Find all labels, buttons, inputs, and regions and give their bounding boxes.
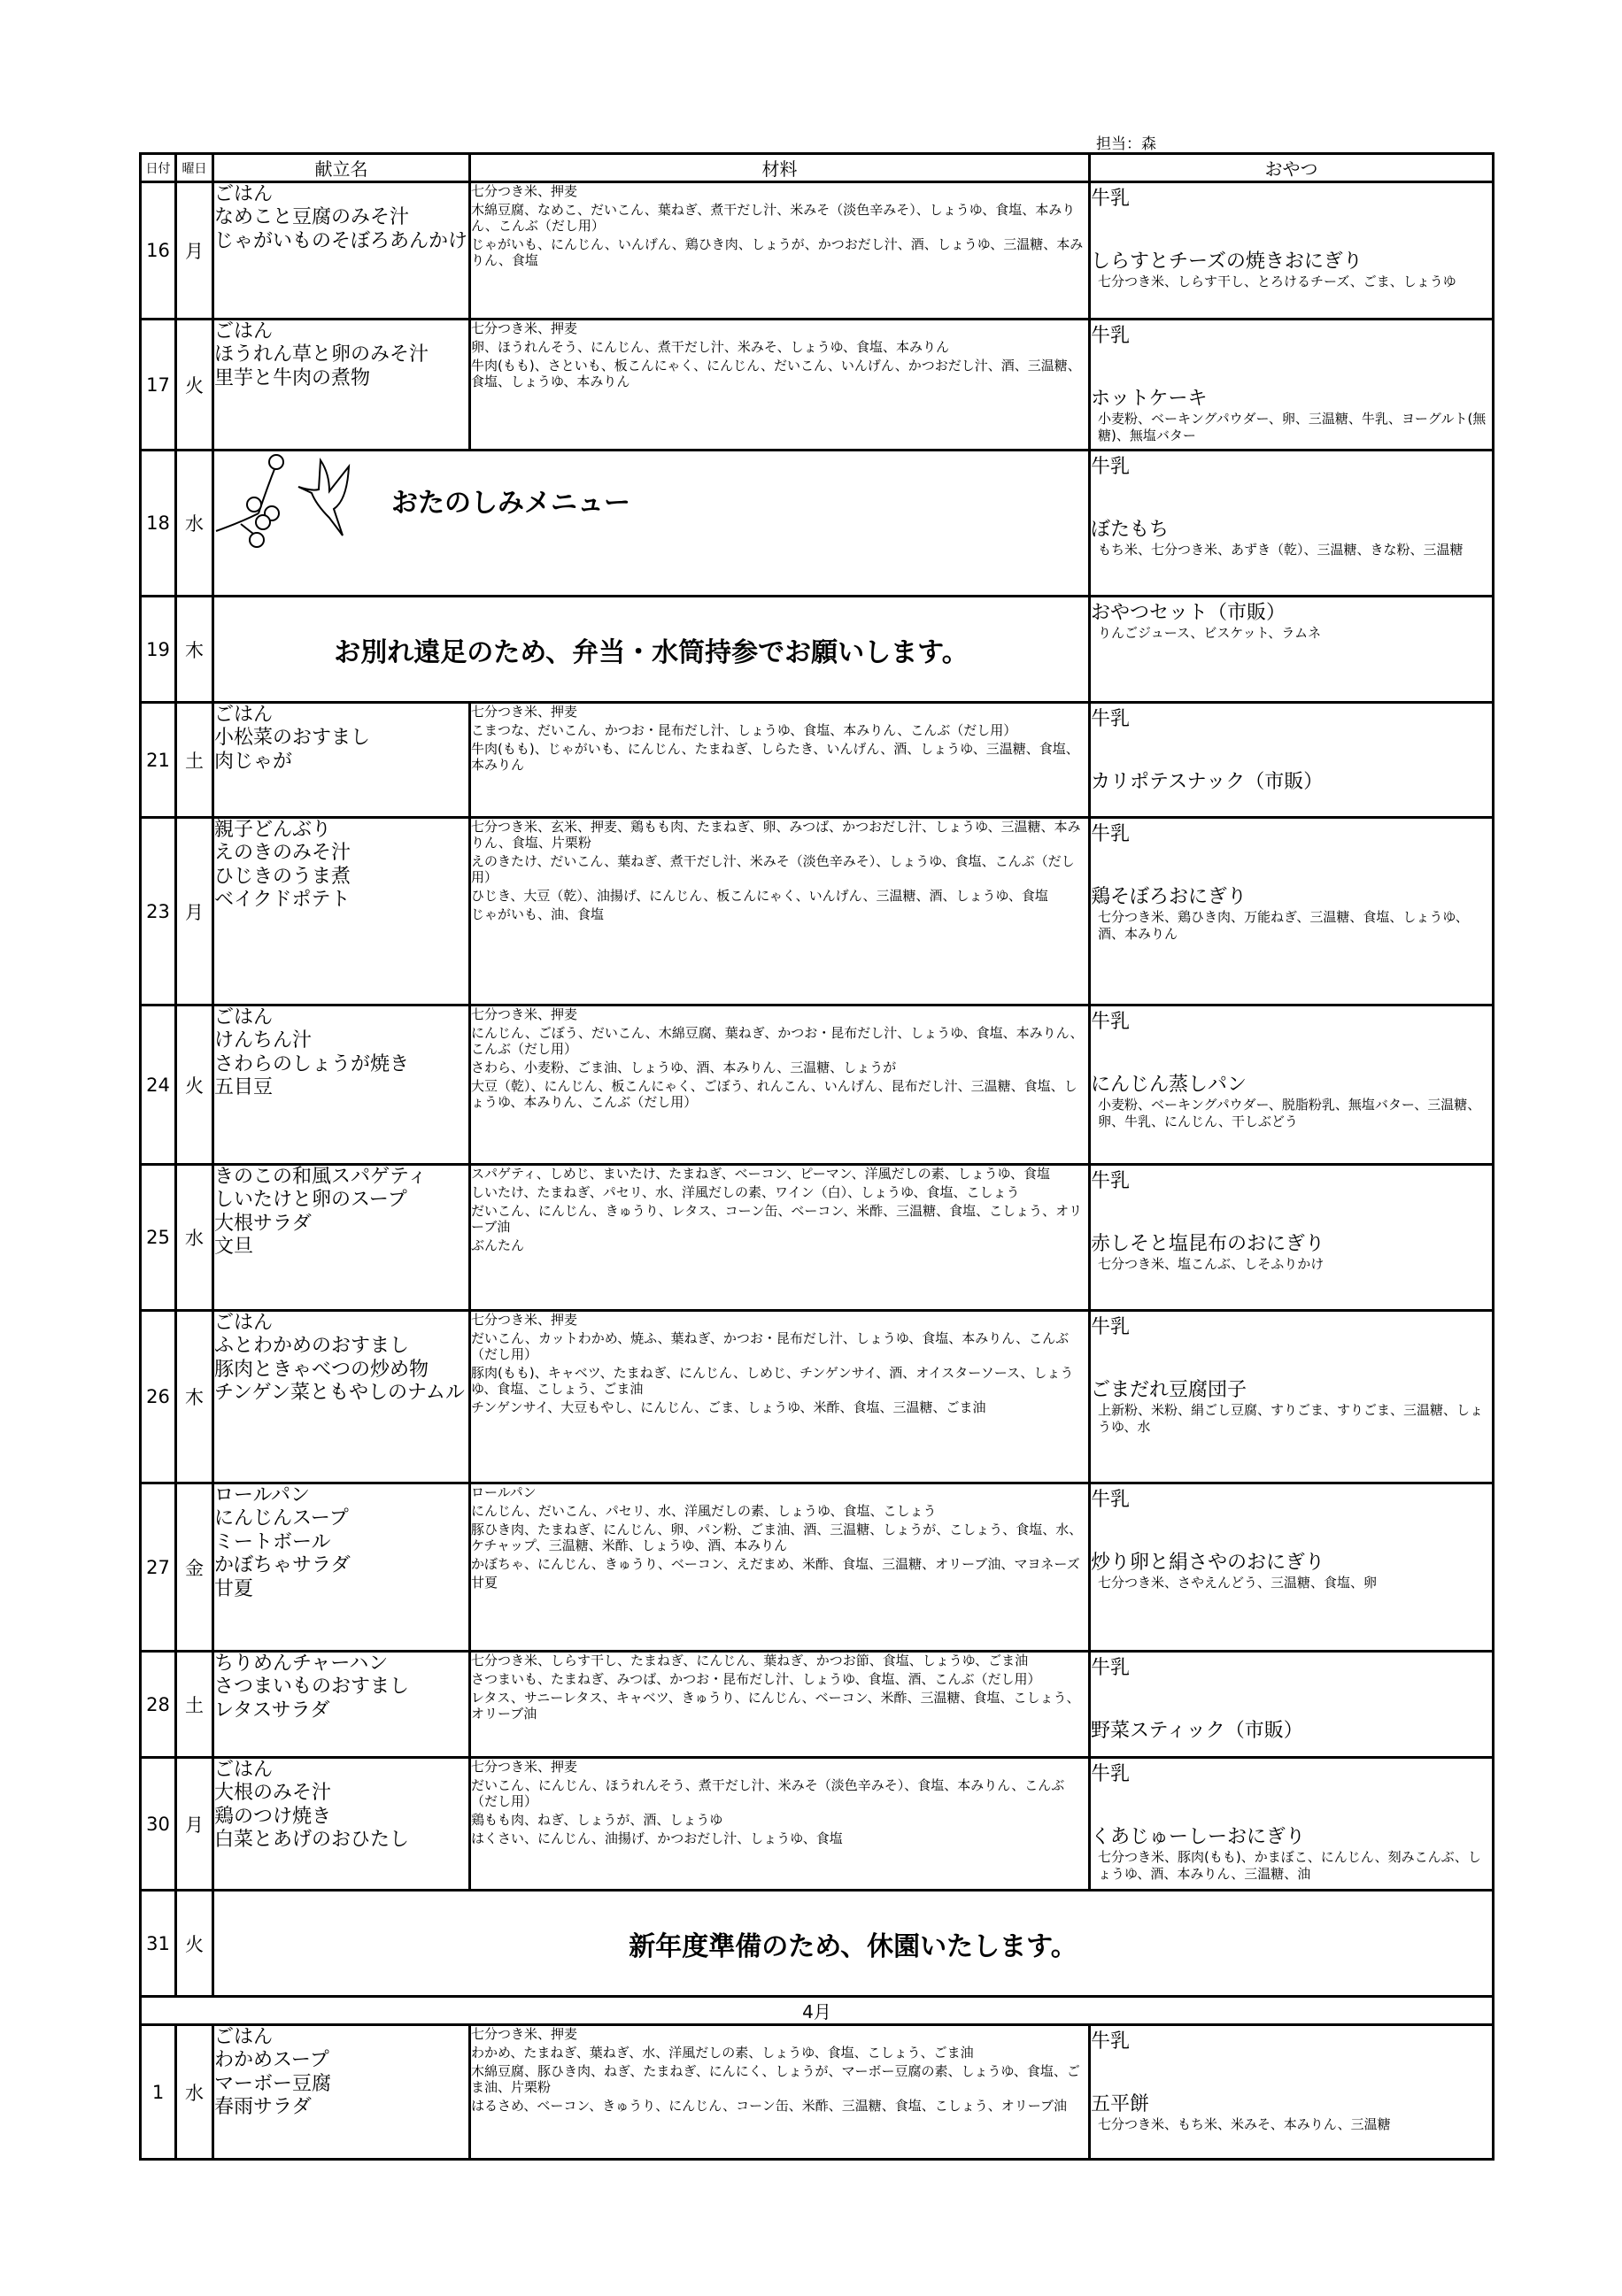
dish-name: かぼちゃサラダ [214, 1554, 468, 1577]
ingredient-line: 木綿豆腐、なめこ、だいこん、葉ねぎ、煮干だし汁、米みそ（淡色辛みそ）、しょうゆ、… [471, 202, 1088, 234]
dish-name: さわらのしょうが焼き [214, 1053, 468, 1076]
dow-cell: 月 [176, 818, 213, 1005]
dow-cell: 水 [176, 1165, 213, 1311]
date-cell: 30 [141, 1758, 176, 1891]
snack-name: ごまだれ豆腐団子 [1091, 1375, 1492, 1402]
date-cell: 23 [141, 818, 176, 1005]
dish-name: 大根のみそ汁 [214, 1782, 468, 1805]
ingredient-line: 甘夏 [471, 1575, 1088, 1591]
dish-name: けんちん汁 [214, 1029, 468, 1052]
dish-cell: ごはんけんちん汁さわらのしょうが焼き五目豆 [213, 1005, 470, 1165]
date-cell: 24 [141, 1005, 176, 1165]
ingredient-line: 鶏もも肉、ねぎ、しょうが、酒、しょうゆ [471, 1812, 1088, 1828]
dish-name: 親子どんぶり [214, 819, 468, 842]
snack-cell: 牛乳野菜スティック（市販） [1090, 1652, 1494, 1758]
fun-menu-title: おたのしみメニュー [391, 481, 630, 520]
table-row: 31火新年度準備のため、休園いたします。 [141, 1891, 1494, 1997]
ingredient-line: 豚肉(もも)、キャベツ、たまねぎ、にんじん、しめじ、チンゲンサイ、酒、オイスター… [471, 1365, 1088, 1397]
dish-name: マーボー豆腐 [214, 2073, 468, 2096]
dish-name: ロールパン [214, 1484, 468, 1507]
dish-name: しいたけと卵のスープ [214, 1189, 468, 1212]
ingredient-line: しいたけ、たまねぎ、パセリ、水、洋風だしの素、ワイン（白）、しょうゆ、食塩、こし… [471, 1184, 1088, 1200]
table-row: 18水おたのしみメニュー牛乳ぼたもちもち米、七分つき米、あずき（乾）、三温糖、き… [141, 451, 1494, 597]
ingredient-line: わかめ、たまねぎ、葉ねぎ、水、洋風だしの素、しょうゆ、食塩、こしょう、ごま油 [471, 2045, 1088, 2061]
ingredient-line: 七分つき米、押麦 [471, 704, 1088, 720]
snack-cell: おやつセット（市販）りんごジュース、ビスケット、ラムネ [1090, 597, 1494, 703]
ingredient-line: ロールパン [471, 1484, 1088, 1500]
dow-cell: 水 [176, 451, 213, 597]
snack-name: 鶏そぼろおにぎり [1091, 882, 1492, 909]
ingredients-cell: 七分つき米、玄米、押麦、鶏もも肉、たまねぎ、卵、みつば、かつおだし汁、しょうゆ、… [470, 818, 1090, 1005]
dish-cell: 親子どんぶりえのきのみそ汁ひじきのうま煮ベイクドポテト [213, 818, 470, 1005]
dish-name: 文旦 [214, 1236, 468, 1259]
dow-cell: 木 [176, 597, 213, 703]
snack-ingredients: 七分つき米、さやえんどう、三温糖、食塩、卵 [1091, 1575, 1492, 1591]
dish-name: チンゲン菜ともやしのナムル [214, 1382, 468, 1405]
ingredient-line: だいこん、にんじん、ほうれんそう、煮干だし汁、米みそ（淡色辛みそ）、食塩、本みり… [471, 1777, 1088, 1809]
ingredient-line: 七分つき米、押麦 [471, 1006, 1088, 1022]
snack-ingredients: 七分つき米、鶏ひき肉、万能ねぎ、三温糖、食塩、しょうゆ、酒、本みりん [1091, 909, 1492, 943]
ingredient-line: だいこん、カットわかめ、焼ふ、葉ねぎ、かつお・昆布だし汁、しょうゆ、食塩、本みり… [471, 1330, 1088, 1362]
table-row: 16月ごはんなめこと豆腐のみそ汁じゃがいものそぼろあんかけ七分つき米、押麦木綿豆… [141, 182, 1494, 320]
snack-drink: 牛乳 [1091, 320, 1492, 348]
ingredient-line: さわら、小麦粉、ごま油、しょうゆ、酒、本みりん、三温糖、しょうが [471, 1059, 1088, 1075]
table-row: 23月親子どんぶりえのきのみそ汁ひじきのうま煮ベイクドポテト七分つき米、玄米、押… [141, 818, 1494, 1005]
ingredient-line: だいこん、にんじん、きゅうり、レタス、コーン缶、ベーコン、米酢、三温糖、食塩、こ… [471, 1203, 1088, 1235]
snack-ingredients: もち米、七分つき米、あずき（乾）、三温糖、きな粉、三温糖 [1091, 542, 1492, 559]
ingredient-line: はるさめ、ベーコン、きゅうり、にんじん、コーン缶、米酢、三温糖、食塩、こしょう、… [471, 2098, 1088, 2114]
dow-cell: 木 [176, 1311, 213, 1483]
snack-name: にんじん蒸しパン [1091, 1069, 1492, 1097]
ingredients-cell: ロールパンにんじん、だいこん、パセリ、水、洋風だしの素、しょうゆ、食塩、こしょう… [470, 1483, 1090, 1652]
dow-cell: 金 [176, 1483, 213, 1652]
dish-name: ごはん [214, 704, 468, 727]
dish-cell: ごはんなめこと豆腐のみそ汁じゃがいものそぼろあんかけ [213, 182, 470, 320]
snack-cell: 牛乳鶏そぼろおにぎり七分つき米、鶏ひき肉、万能ねぎ、三温糖、食塩、しょうゆ、酒、… [1090, 818, 1494, 1005]
ingredient-line: レタス、サニーレタス、キャベツ、きゅうり、にんじん、ベーコン、米酢、三温糖、食塩… [471, 1690, 1088, 1722]
dish-name: 甘夏 [214, 1578, 468, 1601]
ingredient-line: にんじん、ごぼう、だいこん、木綿豆腐、葉ねぎ、かつお・昆布だし汁、しょうゆ、食塩… [471, 1025, 1088, 1057]
snack-drink: 牛乳 [1091, 1006, 1492, 1034]
snack-cell: 牛乳にんじん蒸しパン小麦粉、ベーキングパウダー、脱脂粉乳、無塩バター、三温糖、卵… [1090, 1005, 1494, 1165]
dish-cell: ごはんほうれん草と卵のみそ汁里芋と牛肉の煮物 [213, 320, 470, 451]
ingredient-line: 七分つき米、押麦 [471, 2026, 1088, 2042]
notice-cell: お別れ遠足のため、弁当・水筒持参でお願いします。 [213, 597, 1090, 703]
ingredients-cell: 七分つき米、しらす干し、たまねぎ、にんじん、葉ねぎ、かつお節、食塩、しょうゆ、ご… [470, 1652, 1090, 1758]
dish-name: きのこの和風スパゲティ [214, 1166, 468, 1189]
header-snack: おやつ [1090, 154, 1494, 182]
dish-name: 肉じゃが [214, 751, 468, 774]
dish-name: 春雨サラダ [214, 2096, 468, 2119]
snack-name: 赤しそと塩昆布のおにぎり [1091, 1229, 1492, 1256]
date-cell: 27 [141, 1483, 176, 1652]
dish-name: レタスサラダ [214, 1699, 468, 1722]
ingredient-line: えのきたけ、だいこん、葉ねぎ、煮干だし汁、米みそ（淡色辛みそ）、しょうゆ、食塩、… [471, 853, 1088, 885]
header-dish: 献立名 [213, 154, 470, 182]
dish-name: 豚肉ときゃべつの炒め物 [214, 1359, 468, 1382]
snack-drink: 牛乳 [1091, 183, 1492, 211]
staff-label: 担当：森 [1096, 131, 1156, 153]
ingredient-line: 七分つき米、押麦 [471, 1312, 1088, 1328]
dove-icon [294, 456, 356, 544]
snack-ingredients: 七分つき米、塩こんぶ、しそふりかけ [1091, 1256, 1492, 1273]
month-divider-row: 4月 [141, 1997, 1494, 2025]
dish-name: じゃがいものそぼろあんかけ [214, 230, 468, 253]
snack-drink: 牛乳 [1091, 819, 1492, 846]
dish-cell: ごはん小松菜のおすまし肉じゃが [213, 703, 470, 818]
ingredient-line: じゃがいも、油、食塩 [471, 906, 1088, 922]
date-cell: 31 [141, 1891, 176, 1997]
snack-ingredients: 小麦粉、ベーキングパウダー、卵、三温糖、牛乳、ヨーグルト(無糖)、無塩バター [1091, 411, 1492, 444]
cherry-blossom-icon [214, 451, 294, 549]
dish-name: わかめスープ [214, 2049, 468, 2072]
snack-name: ホットケーキ [1091, 383, 1492, 411]
menu-body: 16月ごはんなめこと豆腐のみそ汁じゃがいものそぼろあんかけ七分つき米、押麦木綿豆… [141, 182, 1494, 2160]
dow-cell: 火 [176, 1891, 213, 1997]
dish-name: 小松菜のおすまし [214, 727, 468, 750]
dish-name: 鶏のつけ焼き [214, 1806, 468, 1829]
header-dow: 曜日 [176, 154, 213, 182]
ingredient-line: 七分つき米、しらす干し、たまねぎ、にんじん、葉ねぎ、かつお節、食塩、しょうゆ、ご… [471, 1653, 1088, 1668]
table-row: 1水ごはんわかめスープマーボー豆腐春雨サラダ七分つき米、押麦わかめ、たまねぎ、葉… [141, 2025, 1494, 2160]
snack-cell: 牛乳くあじゅーしーおにぎり七分つき米、豚肉(もも)、かまぼこ、にんじん、刻みこん… [1090, 1758, 1494, 1891]
snack-drink: 牛乳 [1091, 1653, 1492, 1680]
table-row: 17火ごはんほうれん草と卵のみそ汁里芋と牛肉の煮物七分つき米、押麦卵、ほうれんそ… [141, 320, 1494, 451]
snack-name: 五平餅 [1091, 2089, 1492, 2116]
ingredient-line: チンゲンサイ、大豆もやし、にんじん、ごま、しょうゆ、米酢、食塩、三温糖、ごま油 [471, 1399, 1088, 1415]
snack-cell: 牛乳炒り卵と絹さやのおにぎり七分つき米、さやえんどう、三温糖、食塩、卵 [1090, 1483, 1494, 1652]
dish-name: 大根サラダ [214, 1213, 468, 1236]
dish-name: ごはん [214, 183, 468, 206]
date-cell: 1 [141, 2025, 176, 2160]
snack-name: しらすとチーズの焼きおにぎり [1091, 246, 1492, 274]
dish-cell: ごはんわかめスープマーボー豆腐春雨サラダ [213, 2025, 470, 2160]
snack-drink: 牛乳 [1091, 1759, 1492, 1786]
snack-ingredients: 七分つき米、もち米、米みそ、本みりん、三温糖 [1091, 2116, 1492, 2133]
dish-name: ごはん [214, 1312, 468, 1335]
snack-drink: 牛乳 [1091, 1312, 1492, 1339]
ingredient-line: 大豆（乾）、にんじん、板こんにゃく、ごぼう、れんこん、いんげん、昆布だし汁、三温… [471, 1078, 1088, 1110]
ingredient-line: さつまいも、たまねぎ、みつば、かつお・昆布だし汁、しょうゆ、食塩、酒、こんぶ（だ… [471, 1671, 1088, 1687]
snack-name: ぼたもち [1091, 514, 1492, 542]
table-row: 25水きのこの和風スパゲティしいたけと卵のスープ大根サラダ文旦スパゲティ、しめじ… [141, 1165, 1494, 1311]
snack-cell: 牛乳カリポテスナック（市販） [1090, 703, 1494, 818]
snack-drink: 牛乳 [1091, 1166, 1492, 1193]
snack-drink: 牛乳 [1091, 451, 1492, 479]
dish-name: ほうれん草と卵のみそ汁 [214, 343, 468, 366]
ingredient-line: 豚ひき肉、たまねぎ、にんじん、卵、パン粉、ごま油、酒、三温糖、しょうが、こしょう… [471, 1522, 1088, 1553]
snack-name: カリポテスナック（市販） [1091, 767, 1492, 794]
table-row: 19木お別れ遠足のため、弁当・水筒持参でお願いします。おやつセット（市販）りんご… [141, 597, 1494, 703]
ingredient-line: ひじき、大豆（乾）、油揚げ、にんじん、板こんにゃく、いんげん、三温糖、酒、しょう… [471, 888, 1088, 904]
dish-cell: ごはん大根のみそ汁鶏のつけ焼き白菜とあげのおひたし [213, 1758, 470, 1891]
dow-cell: 土 [176, 1652, 213, 1758]
ingredients-cell: 七分つき米、押麦こまつな、だいこん、かつお・昆布だし汁、しょうゆ、食塩、本みりん… [470, 703, 1090, 818]
snack-cell: 牛乳ぼたもちもち米、七分つき米、あずき（乾）、三温糖、きな粉、三温糖 [1090, 451, 1494, 597]
date-cell: 25 [141, 1165, 176, 1311]
dish-name: ミートボール [214, 1531, 468, 1554]
date-cell: 18 [141, 451, 176, 597]
snack-ingredients: 七分つき米、豚肉(もも)、かまぼこ、にんじん、刻みこんぶ、しょうゆ、酒、本みりん… [1091, 1849, 1492, 1883]
ingredients-cell: 七分つき米、押麦だいこん、にんじん、ほうれんそう、煮干だし汁、米みそ（淡色辛みそ… [470, 1758, 1090, 1891]
ingredients-cell: 七分つき米、押麦卵、ほうれんそう、にんじん、煮干だし汁、米みそ、しょうゆ、食塩、… [470, 320, 1090, 451]
dish-name: ふとわかめのおすまし [214, 1335, 468, 1358]
snack-cell: 牛乳ごまだれ豆腐団子上新粉、米粉、絹ごし豆腐、すりごま、すりごま、三温糖、しょう… [1090, 1311, 1494, 1483]
snack-drink: 牛乳 [1091, 704, 1492, 731]
dish-cell: ごはんふとわかめのおすまし豚肉ときゃべつの炒め物チンゲン菜ともやしのナムル [213, 1311, 470, 1483]
snack-cell: 牛乳五平餅七分つき米、もち米、米みそ、本みりん、三温糖 [1090, 2025, 1494, 2160]
dish-name: ベイクドポテト [214, 889, 468, 912]
header-date: 日付 [141, 154, 176, 182]
snack-cell: 牛乳赤しそと塩昆布のおにぎり七分つき米、塩こんぶ、しそふりかけ [1090, 1165, 1494, 1311]
ingredient-line: 七分つき米、押麦 [471, 1759, 1088, 1775]
dish-name: なめこと豆腐のみそ汁 [214, 206, 468, 229]
ingredients-cell: 七分つき米、押麦わかめ、たまねぎ、葉ねぎ、水、洋風だしの素、しょうゆ、食塩、こし… [470, 2025, 1090, 2160]
ingredient-line: 木綿豆腐、豚ひき肉、ねぎ、たまねぎ、にんにく、しょうが、マーボー豆腐の素、しょう… [471, 2063, 1088, 2095]
table-row: 28土ちりめんチャーハンさつまいものおすましレタスサラダ七分つき米、しらす干し、… [141, 1652, 1494, 1758]
ingredients-cell: 七分つき米、押麦にんじん、ごぼう、だいこん、木綿豆腐、葉ねぎ、かつお・昆布だし汁… [470, 1005, 1090, 1165]
dow-cell: 火 [176, 320, 213, 451]
month-divider: 4月 [141, 1997, 1494, 2025]
dish-name: ごはん [214, 320, 468, 343]
dow-cell: 月 [176, 182, 213, 320]
dish-cell: きのこの和風スパゲティしいたけと卵のスープ大根サラダ文旦 [213, 1165, 470, 1311]
dish-cell: ロールパンにんじんスープミートボールかぼちゃサラダ甘夏 [213, 1483, 470, 1652]
dow-cell: 火 [176, 1005, 213, 1165]
header-ingredients: 材料 [470, 154, 1090, 182]
dow-cell: 水 [176, 2025, 213, 2160]
dish-name: ひじきのうま煮 [214, 866, 468, 889]
date-cell: 28 [141, 1652, 176, 1758]
ingredient-line: かぼちゃ、にんじん、きゅうり、ベーコン、えだまめ、米酢、食塩、三温糖、オリーブ油… [471, 1556, 1088, 1572]
snack-name: 野菜スティック（市販） [1091, 1715, 1492, 1743]
snack-drink: 牛乳 [1091, 2026, 1492, 2053]
date-cell: 16 [141, 182, 176, 320]
snack-name: おやつセット（市販） [1091, 597, 1492, 625]
closed-notice-cell: 新年度準備のため、休園いたします。 [213, 1891, 1494, 1997]
table-row: 26木ごはんふとわかめのおすまし豚肉ときゃべつの炒め物チンゲン菜ともやしのナムル… [141, 1311, 1494, 1483]
snack-ingredients: 七分つき米、しらす干し、とろけるチーズ、ごま、しょうゆ [1091, 274, 1492, 290]
snack-ingredients: 上新粉、米粉、絹ごし豆腐、すりごま、すりごま、三温糖、しょうゆ、水 [1091, 1402, 1492, 1436]
menu-table: 日付 曜日 献立名 材料 おやつ 16月ごはんなめこと豆腐のみそ汁じゃがいものそ… [139, 152, 1495, 2161]
dish-name: ごはん [214, 2026, 468, 2049]
ingredient-line: 七分つき米、玄米、押麦、鶏もも肉、たまねぎ、卵、みつば、かつおだし汁、しょうゆ、… [471, 819, 1088, 851]
dish-name: にんじんスープ [214, 1507, 468, 1530]
date-cell: 21 [141, 703, 176, 818]
ingredient-line: じゃがいも、にんじん、いんげん、鶏ひき肉、しょうが、かつおだし汁、酒、しょうゆ、… [471, 236, 1088, 268]
dish-name: ちりめんチャーハン [214, 1653, 468, 1676]
dish-name: えのきのみそ汁 [214, 842, 468, 865]
snack-drink: 牛乳 [1091, 1484, 1492, 1512]
dish-cell: ちりめんチャーハンさつまいものおすましレタスサラダ [213, 1652, 470, 1758]
dish-name: 里芋と牛肉の煮物 [214, 367, 468, 390]
snack-name: くあじゅーしーおにぎり [1091, 1822, 1492, 1849]
ingredient-line: ぶんたん [471, 1237, 1088, 1253]
dish-name: 五目豆 [214, 1076, 468, 1099]
snack-cell: 牛乳しらすとチーズの焼きおにぎり七分つき米、しらす干し、とろけるチーズ、ごま、し… [1090, 182, 1494, 320]
date-cell: 17 [141, 320, 176, 451]
ingredients-cell: 七分つき米、押麦だいこん、カットわかめ、焼ふ、葉ねぎ、かつお・昆布だし汁、しょう… [470, 1311, 1090, 1483]
snack-cell: 牛乳ホットケーキ小麦粉、ベーキングパウダー、卵、三温糖、牛乳、ヨーグルト(無糖)… [1090, 320, 1494, 451]
snack-ingredients: りんごジュース、ビスケット、ラムネ [1091, 625, 1492, 642]
dow-cell: 土 [176, 703, 213, 818]
ingredient-line: 七分つき米、押麦 [471, 183, 1088, 199]
dow-cell: 月 [176, 1758, 213, 1891]
dish-name: ごはん [214, 1006, 468, 1029]
ingredients-cell: スパゲティ、しめじ、まいたけ、たまねぎ、ベーコン、ピーマン、洋風だしの素、しょう… [470, 1165, 1090, 1311]
table-row: 24火ごはんけんちん汁さわらのしょうが焼き五目豆七分つき米、押麦にんじん、ごぼう… [141, 1005, 1494, 1165]
dish-name: 白菜とあげのおひたし [214, 1829, 468, 1852]
ingredient-line: 卵、ほうれんそう、にんじん、煮干だし汁、米みそ、しょうゆ、食塩、本みりん [471, 339, 1088, 355]
ingredient-line: 牛肉(もも)、じゃがいも、にんじん、たまねぎ、しらたき、いんげん、酒、しょうゆ、… [471, 741, 1088, 773]
date-cell: 19 [141, 597, 176, 703]
fun-menu-cell: おたのしみメニュー [213, 451, 1090, 597]
dish-name: さつまいものおすまし [214, 1676, 468, 1699]
table-row: 21土ごはん小松菜のおすまし肉じゃが七分つき米、押麦こまつな、だいこん、かつお・… [141, 703, 1494, 818]
ingredient-line: 七分つき米、押麦 [471, 320, 1088, 336]
ingredient-line: 牛肉(もも)、さといも、板こんにゃく、にんじん、だいこん、いんげん、かつおだし汁… [471, 358, 1088, 389]
ingredient-line: にんじん、だいこん、パセリ、水、洋風だしの素、しょうゆ、食塩、こしょう [471, 1503, 1088, 1519]
table-row: 30月ごはん大根のみそ汁鶏のつけ焼き白菜とあげのおひたし七分つき米、押麦だいこん… [141, 1758, 1494, 1891]
dish-name: ごはん [214, 1759, 468, 1782]
ingredient-line: はくさい、にんじん、油揚げ、かつおだし汁、しょうゆ、食塩 [471, 1830, 1088, 1846]
ingredient-line: スパゲティ、しめじ、まいたけ、たまねぎ、ベーコン、ピーマン、洋風だしの素、しょう… [471, 1166, 1088, 1182]
ingredient-line: こまつな、だいこん、かつお・昆布だし汁、しょうゆ、食塩、本みりん、こんぶ（だし用… [471, 722, 1088, 738]
snack-ingredients: 小麦粉、ベーキングパウダー、脱脂粉乳、無塩バター、三温糖、卵、牛乳、にんじん、干… [1091, 1097, 1492, 1130]
snack-name: 炒り卵と絹さやのおにぎり [1091, 1547, 1492, 1575]
date-cell: 26 [141, 1311, 176, 1483]
table-row: 27金ロールパンにんじんスープミートボールかぼちゃサラダ甘夏ロールパンにんじん、… [141, 1483, 1494, 1652]
header-row: 日付 曜日 献立名 材料 おやつ [141, 154, 1494, 182]
ingredients-cell: 七分つき米、押麦木綿豆腐、なめこ、だいこん、葉ねぎ、煮干だし汁、米みそ（淡色辛み… [470, 182, 1090, 320]
